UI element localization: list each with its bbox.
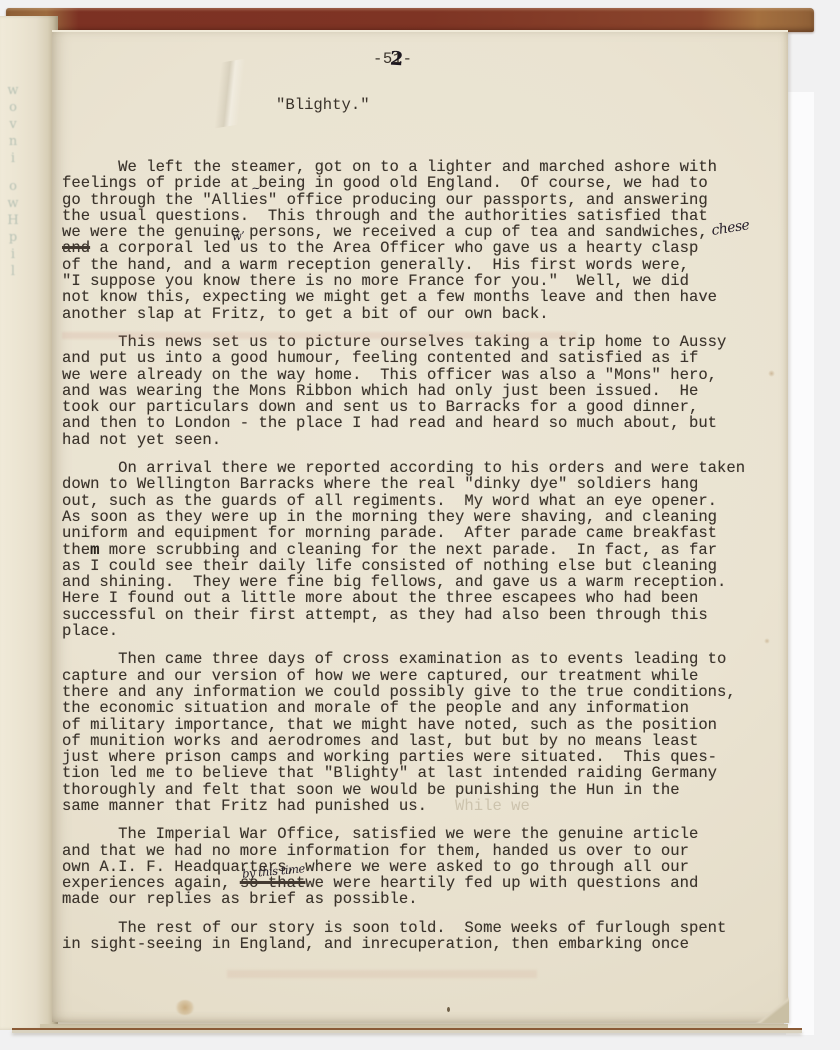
- typed-text: go through the "Alli: [62, 191, 249, 209]
- page-bottom-edge: [12, 1030, 802, 1033]
- typed-text: As soon as they were up in the morning t…: [62, 508, 717, 526]
- typed-line: made our replies as brief as possible.: [62, 891, 788, 907]
- typed-line: of the hand, and a warm reception genera…: [62, 257, 788, 273]
- typed-text: and that we had no more information for …: [62, 842, 689, 860]
- typed-text: tion led me to believe that "Blighty" at…: [62, 764, 717, 782]
- typed-text: we were the genuine persons, we received…: [62, 223, 708, 241]
- typed-text: to the Area Officer who gave us a hearty…: [259, 239, 699, 257]
- bleedthrough-text-bottom: owHpil: [5, 178, 21, 280]
- bleedthrough-letter: H: [5, 212, 21, 229]
- typed-text: we were heartily fed up with questions a…: [305, 874, 698, 892]
- typed-line: The Imperial War Office, satisfied we we…: [62, 826, 788, 842]
- background-sheet-right: [786, 92, 814, 1035]
- page-number-correction: 12: [393, 50, 403, 68]
- bleedthrough-letter: n: [5, 133, 21, 150]
- typed-line: same manner that Fritz had punished us. …: [62, 798, 788, 814]
- typed-text: Here I found out a little more about the…: [62, 589, 698, 607]
- typed-text: of the hand, and a warm reception genera…: [62, 256, 689, 274]
- typed-line: the usual questions. This through and th…: [62, 208, 788, 224]
- typed-text: uniform and equipment for morning parade…: [62, 524, 717, 542]
- typed-text: same manner that Fritz had punished us.: [62, 797, 427, 815]
- typed-text: out, such as the guards of all regiments…: [62, 492, 717, 510]
- typed-text: On arrival there we reported according t…: [62, 459, 745, 477]
- typed-text: as I could see their daily life consiste…: [62, 557, 717, 575]
- typed-body-text: We left the steamer, got on to a lighter…: [62, 159, 788, 964]
- typed-text: down to Wellington Barracks where the re…: [62, 475, 698, 493]
- typed-line: in sight-seeing in England, and inrecupe…: [62, 936, 788, 952]
- paragraph: The Imperial War Office, satisfied we we…: [62, 826, 788, 907]
- typed-line: out, such as the guards of all regiments…: [62, 493, 788, 509]
- typed-text: The rest of our story is soon told. Some…: [62, 919, 726, 937]
- typed-text: took our particulars down and sent us to…: [62, 398, 698, 416]
- typed-line: and was wearing the Mons Ribbon which ha…: [62, 383, 788, 399]
- typed-line: "I suppose you know there is no more Fra…: [62, 273, 788, 289]
- typed-text: just where prison camps and working part…: [62, 748, 717, 766]
- book-photo: wovni owHpil -512- "Blighty." We left th…: [0, 0, 840, 1050]
- typed-line: Here I found out a little more about the…: [62, 590, 788, 606]
- typed-line: of munition works and aerodromes and las…: [62, 733, 788, 749]
- typed-text: The Imperial War Office, satisfied we we…: [62, 825, 698, 843]
- typed-line: As soon as they were up in the morning t…: [62, 509, 788, 525]
- bleedthrough-letter: l: [5, 263, 21, 280]
- typed-text: "I suppose you know there is no more Fra…: [62, 272, 689, 290]
- page-edges-left: wovni owHpil: [0, 16, 58, 1030]
- typed-line: as I could see their daily life consiste…: [62, 558, 788, 574]
- typed-text: the economic situation and morale of the…: [62, 699, 689, 717]
- bleedthrough-letter: i: [5, 150, 21, 167]
- page-number: -512-: [373, 50, 412, 68]
- typed-line: experiences again, so thatby this timewe…: [62, 875, 788, 891]
- handwritten-insertion: w̃’: [232, 228, 246, 245]
- typed-text: and shining. They were fine big fellows,…: [62, 573, 726, 591]
- typed-text: successful on their first attempt, as th…: [62, 606, 708, 624]
- paragraph: This news set us to picture ourselves ta…: [62, 334, 788, 448]
- typed-text: made our replies as brief as possible.: [62, 890, 418, 908]
- handwritten-insertion: ~: [250, 179, 261, 196]
- foxing-spot: [768, 370, 775, 377]
- typed-line: go through the "Allies~" office producin…: [62, 192, 788, 208]
- typed-text: there and any information we could possi…: [62, 683, 736, 701]
- bleedthrough-letter: o: [5, 178, 21, 195]
- foxing-spot: [175, 1000, 195, 1015]
- bleedthrough-letter: o: [5, 99, 21, 116]
- typed-text: We left the steamer, got on to a lighter…: [62, 158, 717, 176]
- bleedthrough-text-top: wovni: [5, 82, 21, 167]
- book-binding-top: [6, 8, 814, 32]
- typed-text: another slap at Fritz, to get a bit of o…: [62, 305, 549, 323]
- typed-line: and shining. They were fine big fellows,…: [62, 574, 788, 590]
- paragraph: The rest of our story is soon told. Some…: [62, 920, 788, 953]
- typed-line: and put us into a good humour, feeling c…: [62, 350, 788, 366]
- typed-line: own A.I. F. Headquarters, where we were …: [62, 859, 788, 875]
- typed-line: and a corporal led usw̃’ to the Area Off…: [62, 240, 788, 256]
- ink-speck: [447, 1007, 450, 1012]
- typed-line: had not yet seen.: [62, 432, 788, 448]
- typed-text: feelings of pride at being in good old E…: [62, 174, 708, 192]
- foxing-spot: [764, 638, 770, 644]
- bleedthrough-letter: p: [5, 229, 21, 246]
- typed-line: of military importance, that we might ha…: [62, 717, 788, 733]
- typed-line: them more scrubbing and cleaning for the…: [62, 542, 788, 558]
- typed-line: thoroughly and felt that soon we would b…: [62, 782, 788, 798]
- bleedthrough-letter: w: [5, 82, 21, 99]
- erased-smudge: [62, 332, 577, 339]
- struck-through-text: and: [62, 239, 90, 257]
- typed-text: capture and our version of how we were c…: [62, 667, 698, 685]
- typed-text: had not yet seen.: [62, 431, 221, 449]
- typed-text: of munition works and aerodromes and las…: [62, 732, 698, 750]
- typed-text: thoroughly and felt that soon we would b…: [62, 781, 680, 799]
- typed-line: there and any information we could possi…: [62, 684, 788, 700]
- paragraph: Then came three days of cross examinatio…: [62, 651, 788, 814]
- typed-text: own A.I. F. Headquarters, where we were …: [62, 858, 689, 876]
- typed-text: in sight-seeing in England, and inrecupe…: [62, 935, 689, 953]
- document-page: -512- "Blighty." We left the steamer, go…: [52, 30, 788, 1022]
- typed-line: On arrival there we reported according t…: [62, 460, 788, 476]
- typed-text: not know this, expecting we might get a …: [62, 288, 717, 306]
- typed-line: the economic situation and morale of the…: [62, 700, 788, 716]
- typed-text: Then came three days of cross examinatio…: [62, 650, 726, 668]
- typed-text: a corporal led: [90, 239, 230, 257]
- typed-line: place.: [62, 623, 788, 639]
- typed-line: we were the genuine persons, we received…: [62, 224, 788, 240]
- typed-line: Then came three days of cross examinatio…: [62, 651, 788, 667]
- typed-line: tion led me to believe that "Blighty" at…: [62, 765, 788, 781]
- typed-line: and then to London - the place I had rea…: [62, 415, 788, 431]
- typed-text: experiences again,: [62, 874, 240, 892]
- typed-text: the: [62, 541, 90, 559]
- paragraph: On arrival there we reported according t…: [62, 460, 788, 639]
- typed-text: of military importance, that we might ha…: [62, 716, 717, 734]
- bleedthrough-letter: i: [5, 246, 21, 263]
- handwritten-page-digit: 2: [389, 48, 404, 71]
- paragraph: We left the steamer, got on to a lighter…: [62, 159, 788, 322]
- typed-line: another slap at Fritz, to get a bit of o…: [62, 306, 788, 322]
- typed-text: and was wearing the Mons Ribbon which ha…: [62, 382, 698, 400]
- typed-text: and put us into a good humour, feeling c…: [62, 349, 698, 367]
- typed-line: and that we had no more information for …: [62, 843, 788, 859]
- bleedthrough-letter: v: [5, 116, 21, 133]
- typed-text: es~: [249, 191, 268, 209]
- page-corner-fold: [739, 983, 789, 1023]
- typed-line: We left the steamer, got on to a lighter…: [62, 159, 788, 175]
- typed-text: we were already on the way home. This of…: [62, 366, 717, 384]
- struck-through-text: so thatby this time: [240, 874, 306, 892]
- typed-line: feelings of pride at being in good old E…: [62, 175, 788, 191]
- typed-line: capture and our version of how we were c…: [62, 668, 788, 684]
- typed-text: the usual questions. This through and th…: [62, 207, 708, 225]
- typed-line: uniform and equipment for morning parade…: [62, 525, 788, 541]
- typed-line: took our particulars down and sent us to…: [62, 399, 788, 415]
- typed-text: place.: [62, 622, 118, 640]
- typed-text: usw̃’: [230, 239, 258, 257]
- erased-smudge: [227, 970, 537, 978]
- typed-line: just where prison camps and working part…: [62, 749, 788, 765]
- typed-text: more scrubbing and cleaning for the next…: [99, 541, 717, 559]
- typed-line: down to Wellington Barracks where the re…: [62, 476, 788, 492]
- typed-text: " office producing our passports, and an…: [268, 191, 708, 209]
- page-title: "Blighty.": [276, 96, 370, 114]
- typed-line: successful on their first attempt, as th…: [62, 607, 788, 623]
- bleedthrough-letter: w: [5, 195, 21, 212]
- typed-text: and then to London - the place I had rea…: [62, 414, 717, 432]
- typed-line: not know this, expecting we might get a …: [62, 289, 788, 305]
- erased-text: While we: [427, 797, 530, 815]
- typed-line: The rest of our story is soon told. Some…: [62, 920, 788, 936]
- paper-crease: [138, 49, 316, 139]
- typed-line: we were already on the way home. This of…: [62, 367, 788, 383]
